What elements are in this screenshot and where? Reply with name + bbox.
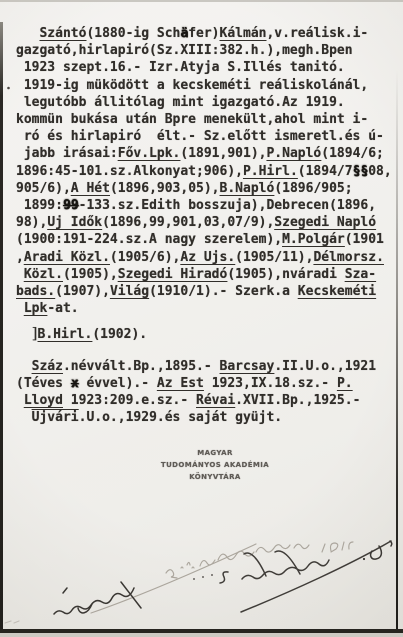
ink-diagonal-stroke — [241, 541, 391, 612]
ink-note-left — [54, 582, 141, 614]
paper-speck — [7, 87, 10, 90]
handwritten-annotations — [0, 0, 403, 637]
ink-note-center — [193, 551, 329, 583]
scanned-index-card: Szántó(1880-ig Schäfer)Kálmán,v.reálisk.… — [0, 0, 403, 637]
